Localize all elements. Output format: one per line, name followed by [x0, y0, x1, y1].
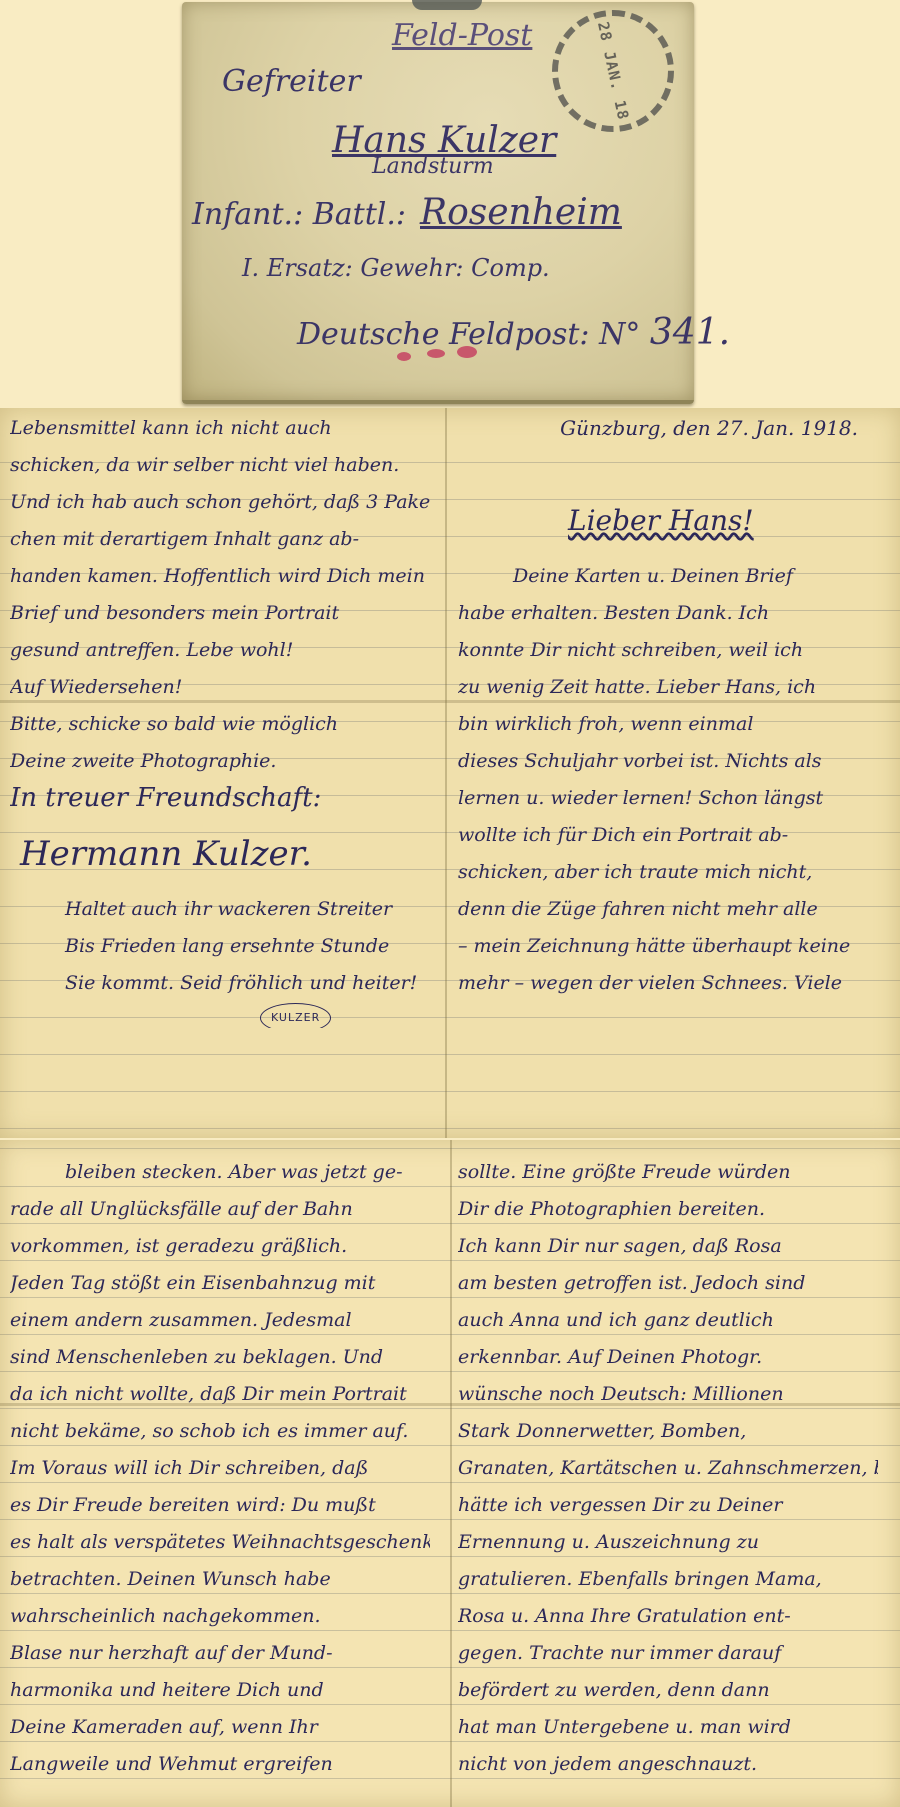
letter-line: handen kamen. Hoffentlich wird Dich mein — [10, 558, 430, 595]
ink-stain-icon — [427, 349, 445, 358]
recipient-company: I. Ersatz: Gewehr: Comp. — [242, 254, 550, 282]
letter-sheet-top: Lebensmittel kann ich nicht auch schicke… — [0, 408, 900, 1138]
ink-stain-icon — [397, 352, 411, 361]
letter-line: betrachten. Deinen Wunsch habe — [10, 1561, 430, 1598]
fold-line-vertical — [445, 408, 447, 1138]
fold-line-vertical — [450, 1140, 452, 1807]
letter-line: Auf Wiedersehen! — [10, 669, 430, 706]
letter-line: schicken, aber ich traute mich nicht, — [458, 854, 878, 891]
feldpost-envelope: Feld-Post 28 JAN. 18 Gefreiter Hans Kulz… — [182, 2, 694, 404]
letter-signature: Hermann Kulzer. — [10, 817, 430, 891]
letter-page-left-top: Lebensmittel kann ich nicht auch schicke… — [10, 410, 430, 1028]
postmark-stamp-icon: 28 JAN. 18 — [552, 10, 674, 132]
letter-line: sollte. Eine größte Freude würden — [458, 1154, 878, 1191]
letter-line: hat man Untergebene u. man wird — [458, 1709, 878, 1746]
letter-line: Brief und besonders mein Portrait — [10, 595, 430, 632]
letter-line: Granaten, Kartätschen u. Zahnschmerzen, … — [458, 1450, 878, 1487]
postscript-line: Haltet auch ihr wackeren Streiter — [10, 891, 430, 928]
letter-line: habe erhalten. Besten Dank. Ich — [458, 595, 878, 632]
letter-line: Lebensmittel kann ich nicht auch — [10, 410, 430, 447]
recipient-rank: Gefreiter — [222, 64, 361, 99]
letter-line: auch Anna und ich ganz deutlich — [458, 1302, 878, 1339]
envelope-flap-seal — [412, 0, 482, 10]
letter-line: da ich nicht wollte, daß Dir mein Portra… — [10, 1376, 430, 1413]
letter-line: Bitte, schicke so bald wie möglich — [10, 706, 430, 743]
letter-line: denn die Züge fahren nicht mehr alle — [458, 891, 878, 928]
letter-line: dieses Schuljahr vorbei ist. Nichts als — [458, 743, 878, 780]
letter-line: zu wenig Zeit hatte. Lieber Hans, ich — [458, 669, 878, 706]
letter-line: bin wirklich froh, wenn einmal — [458, 706, 878, 743]
recipient-unit-type: Landsturm — [372, 154, 494, 179]
letter-line: Deine Karten u. Deinen Brief — [458, 558, 878, 595]
letter-line: wünsche noch Deutsch: Millionen — [458, 1376, 878, 1413]
letter-salutation: Lieber Hans! — [458, 484, 878, 558]
letter-line: Langweile und Wehmut ergreifen — [10, 1746, 430, 1783]
letter-line: sind Menschenleben zu beklagen. Und — [10, 1339, 430, 1376]
letter-line: nicht bekäme, so schob ich es immer auf. — [10, 1413, 430, 1450]
letter-closing: In treuer Freundschaft: — [10, 780, 430, 817]
kulzer-name-stamp: KULZER — [260, 1003, 331, 1028]
letter-line: es Dir Freude bereiten wird: Du mußt — [10, 1487, 430, 1524]
letter-line: gesund antreffen. Lebe wohl! — [10, 632, 430, 669]
letter-line: Rosa u. Anna Ihre Gratulation ent- — [458, 1598, 878, 1635]
letter-line: vorkommen, ist geradezu gräßlich. — [10, 1228, 430, 1265]
letter-line: chen mit derartigem Inhalt ganz ab- — [10, 521, 430, 558]
letter-line: am besten getroffen ist. Jedoch sind — [458, 1265, 878, 1302]
letter-line: wollte ich für Dich ein Portrait ab- — [458, 817, 878, 854]
letter-line: wahrscheinlich nachgekommen. — [10, 1598, 430, 1635]
letter-line: Im Voraus will ich Dir schreiben, daß — [10, 1450, 430, 1487]
fieldpost-number: 341. — [650, 312, 730, 353]
letter-line: Jeden Tag stößt ein Eisenbahnzug mit — [10, 1265, 430, 1302]
postscript-line: Sie kommt. Seid fröhlich und heiter! — [10, 965, 430, 1002]
envelope-header: Feld-Post — [392, 18, 532, 53]
letter-line: befördert zu werden, denn dann — [458, 1672, 878, 1709]
letter-line: mehr – wegen der vielen Schnees. Viele — [458, 965, 878, 1002]
ink-stain-icon — [457, 346, 477, 358]
letter-line: Dir die Photographien bereiten. — [458, 1191, 878, 1228]
letter-date: Günzburg, den 27. Jan. 1918. — [458, 410, 878, 447]
letter-line: Ich kann Dir nur sagen, daß Rosa — [458, 1228, 878, 1265]
stamp-line: KULZER — [10, 1002, 430, 1028]
letter-line: Stark Donnerwetter, Bomben, — [458, 1413, 878, 1450]
letter-line: bleiben stecken. Aber was jetzt ge- — [10, 1154, 430, 1191]
letter-line: Deine zweite Photographie. — [10, 743, 430, 780]
letter-line: lernen u. wieder lernen! Schon längst — [458, 780, 878, 817]
letter-line: erkennbar. Auf Deinen Photogr. — [458, 1339, 878, 1376]
letter-line: schicken, da wir selber nicht viel haben… — [10, 447, 430, 484]
letter-line: nicht von jedem angeschnauzt. — [458, 1746, 878, 1783]
battalion-place: Rosenheim — [420, 192, 622, 233]
letter-line: gegen. Trachte nur immer darauf — [458, 1635, 878, 1672]
letter-page-right-bottom: sollte. Eine größte Freude würden Dir di… — [458, 1154, 878, 1783]
letter-line: Deine Kameraden auf, wenn Ihr — [10, 1709, 430, 1746]
blank-line — [458, 447, 878, 484]
letter-line: einem andern zusammen. Jedesmal — [10, 1302, 430, 1339]
fieldpost-number-line: Deutsche Feldpost: N° 341. — [297, 312, 730, 353]
postmark-date: 28 JAN. 18 — [594, 20, 632, 122]
letter-line: es halt als verspätetes Weihnachtsgesche… — [10, 1524, 430, 1561]
letter-line: konnte Dir nicht schreiben, weil ich — [458, 632, 878, 669]
letter-line: harmonika und heitere Dich und — [10, 1672, 430, 1709]
letter-line: rade all Unglücksfälle auf der Bahn — [10, 1191, 430, 1228]
letter-line: Blase nur herzhaft auf der Mund- — [10, 1635, 430, 1672]
recipient-battalion: Infant.: Battl.:Rosenheim — [192, 192, 622, 233]
letter-line: gratulieren. Ebenfalls bringen Mama, — [458, 1561, 878, 1598]
letter-line: – mein Zeichnung hätte überhaupt keine — [458, 928, 878, 965]
letter-page-left-bottom: bleiben stecken. Aber was jetzt ge- rade… — [10, 1154, 430, 1783]
battalion-label: Infant.: Battl.: — [192, 197, 406, 232]
letter-sheet-bottom: bleiben stecken. Aber was jetzt ge- rade… — [0, 1140, 900, 1807]
letter-line: hätte ich vergessen Dir zu Deiner — [458, 1487, 878, 1524]
letter-page-right-top: Günzburg, den 27. Jan. 1918. Lieber Hans… — [458, 410, 878, 1002]
postscript-line: Bis Frieden lang ersehnte Stunde — [10, 928, 430, 965]
letter-line: Ernennung u. Auszeichnung zu — [458, 1524, 878, 1561]
letter-line: Und ich hab auch schon gehört, daß 3 Pak… — [10, 484, 430, 521]
